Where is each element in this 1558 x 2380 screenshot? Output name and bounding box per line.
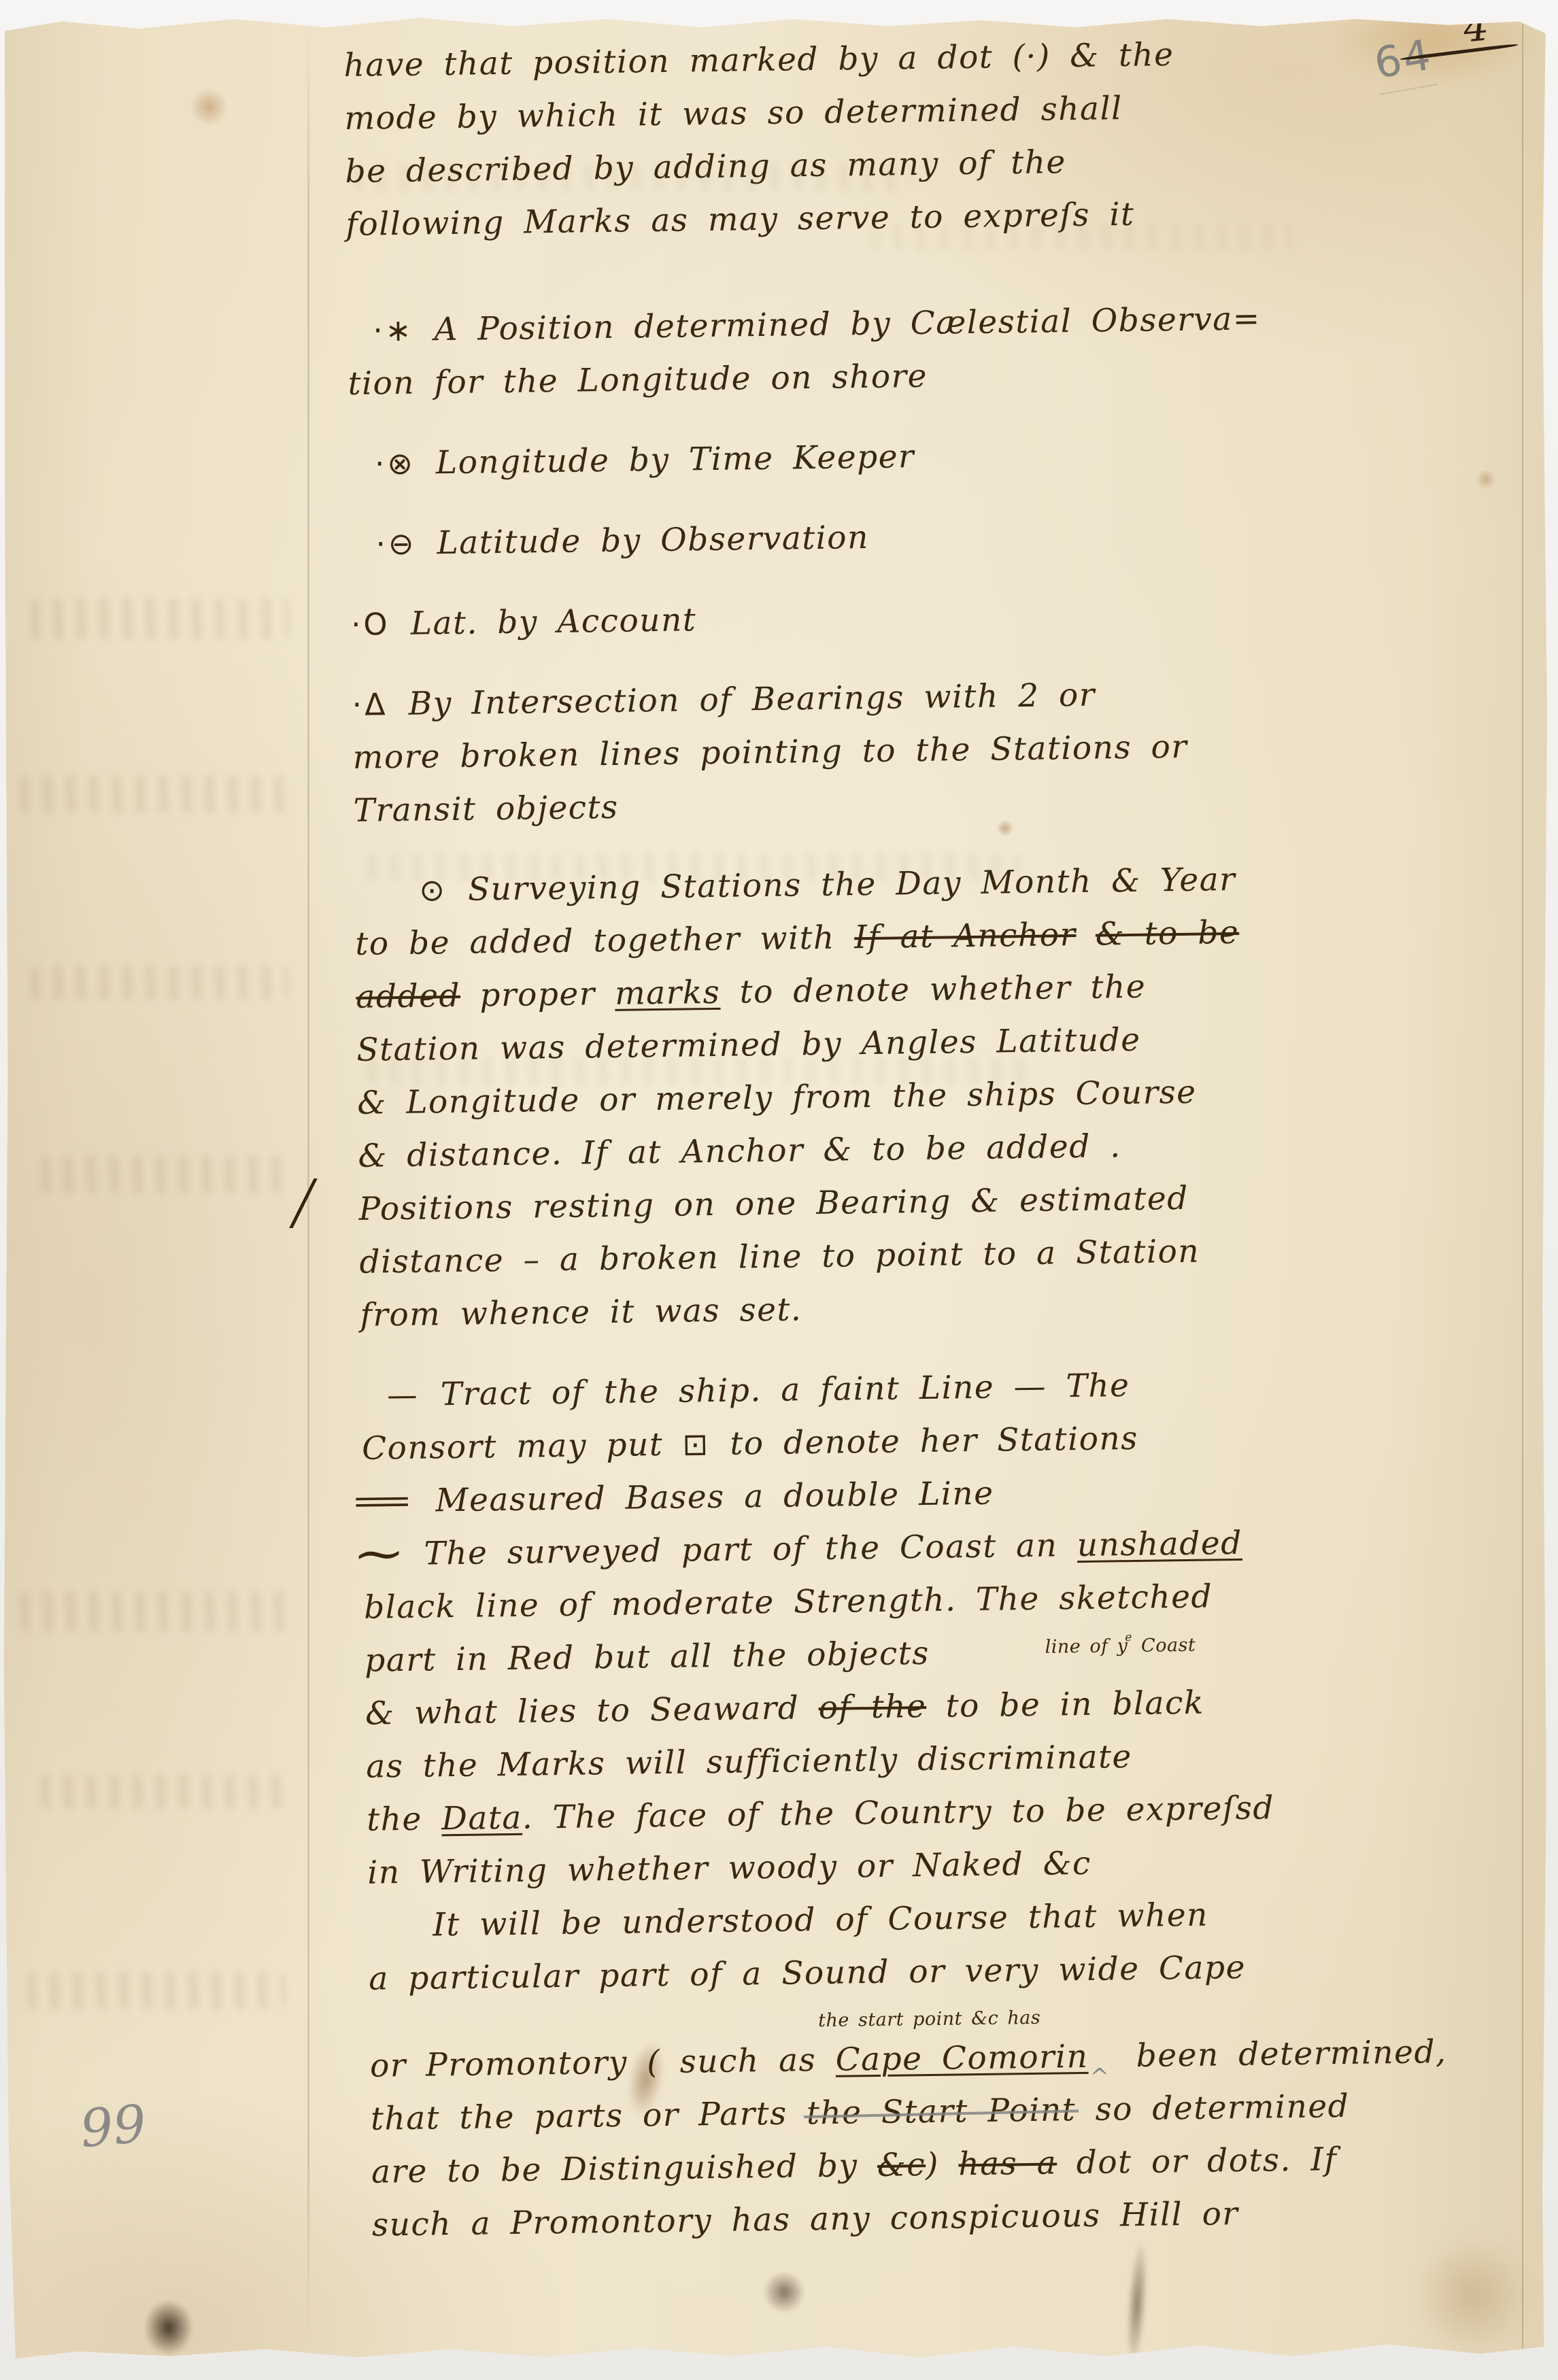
verso-show-through [31, 598, 289, 639]
text-segment: are to be Distinguished by [371, 2147, 878, 2191]
square-dot-symbol: ⊡ [682, 1427, 711, 1463]
text-segment: more broken lines pointing to the Statio… [352, 728, 1187, 777]
text-segment: as the Marks will sufficiently discrimin… [366, 1738, 1132, 1786]
text-segment: unshaded [1077, 1525, 1242, 1564]
text-segment: &c [877, 2146, 926, 2184]
ink-streak [1123, 2240, 1151, 2367]
text-segment: Transit objects [353, 789, 618, 830]
text-segment: a particular part of a Sound or very wid… [369, 1949, 1246, 1998]
text-segment: Station was determined by Angles Latitud… [356, 1021, 1141, 1069]
ink-smudge [763, 2271, 805, 2313]
text-segment: to be added together with [355, 919, 854, 963]
wavy-line-symbol: ∼ [352, 1514, 408, 1595]
text-segment: the [367, 1800, 442, 1838]
photographed-manuscript-page: have that position marked by a dot (·) &… [0, 0, 1558, 2380]
manuscript-paper-sheet: have that position marked by a dot (·) &… [0, 0, 1558, 2380]
text-segment: been determined, [1117, 2033, 1447, 2075]
text-segment: ) [926, 2145, 959, 2183]
verso-show-through [41, 1156, 286, 1193]
verso-show-through [31, 966, 289, 1000]
text-segment: & distance. If at Anchor & to be added . [358, 1127, 1121, 1175]
text-segment: that the parts or Parts [371, 2094, 807, 2137]
text-segment: to denote her Stations [711, 1420, 1139, 1463]
text-segment: to be in black [926, 1684, 1204, 1725]
text-segment: Coast [1132, 1635, 1196, 1656]
text-segment: Measured Bases a double Line [416, 1475, 994, 1520]
text-segment: & what lies to Seaward [365, 1689, 819, 1733]
text-segment: & to be [1096, 914, 1240, 953]
text-segment: mode by which it was so determined shall [344, 90, 1123, 137]
text-segment: Cape Comorin [835, 2038, 1088, 2079]
verso-show-through [20, 775, 292, 813]
text-segment: & Longitude or merely from the ships Cou… [357, 1074, 1197, 1122]
text-segment: distance – a broken line to point to a S… [359, 1233, 1200, 1281]
text-segment: to denote whether the [720, 968, 1147, 1011]
text-segment: of the [818, 1688, 926, 1727]
circle-bar-symbol: ·⊖ [375, 526, 437, 562]
text-segment: the Start Point [807, 2091, 1077, 2132]
text-segment: so determined [1076, 2088, 1350, 2128]
star-symbol: ·∗ [373, 312, 434, 348]
text-segment: such a Promontory has any conspicuous Hi… [372, 2195, 1239, 2244]
text-segment [1076, 916, 1096, 953]
fox-spot [190, 88, 228, 126]
text-segment: Consort may put [362, 1426, 683, 1467]
text-segment: e [1125, 1631, 1132, 1644]
ink-blot [144, 2300, 193, 2356]
text-segment: in Writing whether woody or Naked &c [367, 1845, 1091, 1892]
text-segment: By Intersection of Bearings with 2 or [408, 677, 1096, 723]
text-segment: have that position marked by a dot (·) &… [343, 36, 1174, 84]
text-segment: Longitude by Time Keeper [436, 438, 915, 481]
circle-dot-symbol: ⊙ [419, 872, 468, 908]
text-segment: Surveying Stations the Day Month & Year [468, 861, 1236, 908]
pencil-page-number: 64 [1370, 29, 1437, 95]
text-segment: Data [441, 1799, 522, 1838]
text-segment: If at Anchor [854, 916, 1077, 956]
text-segment: Latitude by Observation [437, 519, 869, 562]
text-segment: part in Red but all the objects [365, 1635, 930, 1680]
text-segment: marks [615, 974, 721, 1013]
text-segment: . The face of the Country to be expreſsd [522, 1789, 1274, 1836]
text-segment: tion for the Longitude on shore [348, 358, 928, 403]
circle-symbol: ·O [351, 607, 411, 643]
text-segment: Positions resting on one Bearing & estim… [358, 1180, 1189, 1228]
single-line-symbol: — [387, 1377, 441, 1413]
pencil-caret: ^ [1089, 2063, 1111, 2090]
text-segment: It will be understood of Course that whe… [433, 1897, 1208, 1944]
text-segment: dot or dots. If [1057, 2141, 1338, 2181]
manuscript-text-block: have that position marked by a dot (·) &… [343, 24, 1558, 2252]
text-segment: or Promontory ( such as [370, 2041, 836, 2085]
text-segment: Lat. by Account [410, 601, 696, 642]
margin-stroke-mark: ╱ [290, 1177, 318, 1231]
text-segment: has a [958, 2145, 1057, 2183]
inserted-note: the start point &c has [818, 2007, 1040, 2031]
stain [1415, 2237, 1530, 2353]
verso-show-through [41, 1775, 286, 1809]
verso-show-through [20, 1591, 292, 1632]
text-segment: be described by adding as many of the [345, 143, 1066, 190]
circle-cross-symbol: ·⊗ [375, 445, 436, 481]
text-segment: following Marks as may serve to expreſs … [345, 196, 1134, 243]
text-segment: Tract of the ship. a faint Line — The [441, 1367, 1130, 1413]
inserted-note: line of y [1045, 1635, 1128, 1658]
text-segment: A Position determined by Cælestial Obser… [434, 300, 1261, 348]
text-segment: black line of moderate Strength. The ske… [364, 1578, 1213, 1626]
verso-show-through [27, 1972, 286, 2009]
text-segment: added [356, 977, 460, 1016]
text-segment: proper [460, 975, 615, 1015]
pencil-margin-number: 99 [78, 2093, 148, 2159]
text-segment: from whence it was set. [360, 1291, 802, 1334]
text-segment: The surveyed part of the Coast an [405, 1527, 1077, 1573]
triangle-symbol: ·Δ [352, 687, 409, 723]
